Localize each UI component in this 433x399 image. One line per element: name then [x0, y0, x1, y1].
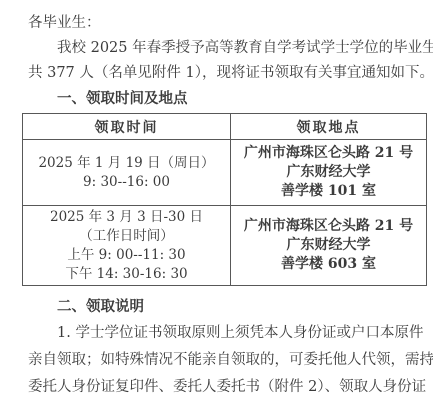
instruction-line-1: 1. 学士学位证书领取原则上须凭本人身份证或户口本原件 [28, 320, 420, 347]
cell-line: 善学楼 603 室 [231, 255, 426, 274]
section-2-heading: 二、领取说明 [28, 293, 420, 320]
cell-line: 广州市海珠区仑头路 21 号 [231, 144, 426, 163]
cell-line: 9: 30--16: 00 [23, 173, 230, 192]
cell-line: 上午 9: 00--11: 30 [23, 246, 230, 265]
table-row: 2025 年 1 月 19 日（周日） 9: 30--16: 00 广州市海珠区… [23, 140, 427, 206]
instruction-line-3: 委托人身份证复印件、委托人委托书（附件 2）、领取人身份证 [28, 374, 420, 399]
col-header-location: 领取地点 [231, 114, 427, 140]
cell-line: 2025 年 1 月 19 日（周日） [23, 154, 230, 173]
time-cell: 2025 年 3 月 3 日-30 日 （工作日时间） 上午 9: 00--11… [23, 206, 231, 286]
cell-line: （工作日时间） [23, 227, 230, 246]
document-page: 各毕业生： 我校 2025 年春季授予高等教育自学考试学士学位的毕业生 共 37… [0, 0, 433, 399]
cell-line: 广东财经大学 [231, 236, 426, 255]
cell-line: 广东财经大学 [231, 163, 426, 182]
cell-line: 2025 年 3 月 3 日-30 日 [23, 208, 230, 227]
instructions-block: 二、领取说明 1. 学士学位证书领取原则上须凭本人身份证或户口本原件 亲自领取；… [28, 293, 420, 399]
col-header-time: 领取时间 [23, 114, 231, 140]
cell-line: 下午 14: 30-16: 30 [23, 265, 230, 284]
location-cell: 广州市海珠区仑头路 21 号 广东财经大学 善学楼 101 室 [231, 140, 427, 206]
table-row: 2025 年 3 月 3 日-30 日 （工作日时间） 上午 9: 00--11… [23, 206, 427, 286]
section-1-heading: 一、领取时间及地点 [28, 86, 420, 111]
intro-line-2: 共 377 人（名单见附件 1），现将证书领取有关事宜通知如下。 [28, 61, 420, 86]
salutation-line: 各毕业生： [28, 11, 420, 36]
time-cell: 2025 年 1 月 19 日（周日） 9: 30--16: 00 [23, 140, 231, 206]
location-cell: 广州市海珠区仑头路 21 号 广东财经大学 善学楼 603 室 [231, 206, 427, 286]
cell-line: 广州市海珠区仑头路 21 号 [231, 217, 426, 236]
intro-block: 各毕业生： 我校 2025 年春季授予高等教育自学考试学士学位的毕业生 共 37… [28, 11, 420, 111]
table-header-row: 领取时间 领取地点 [23, 114, 427, 140]
instruction-line-2: 亲自领取；如特殊情况不能亲自领取的，可委托他人代领，需持 [28, 347, 420, 374]
intro-line-1: 我校 2025 年春季授予高等教育自学考试学士学位的毕业生 [28, 36, 420, 61]
pickup-table: 领取时间 领取地点 2025 年 1 月 19 日（周日） 9: 30--16:… [22, 113, 427, 286]
cell-line: 善学楼 101 室 [231, 182, 426, 201]
